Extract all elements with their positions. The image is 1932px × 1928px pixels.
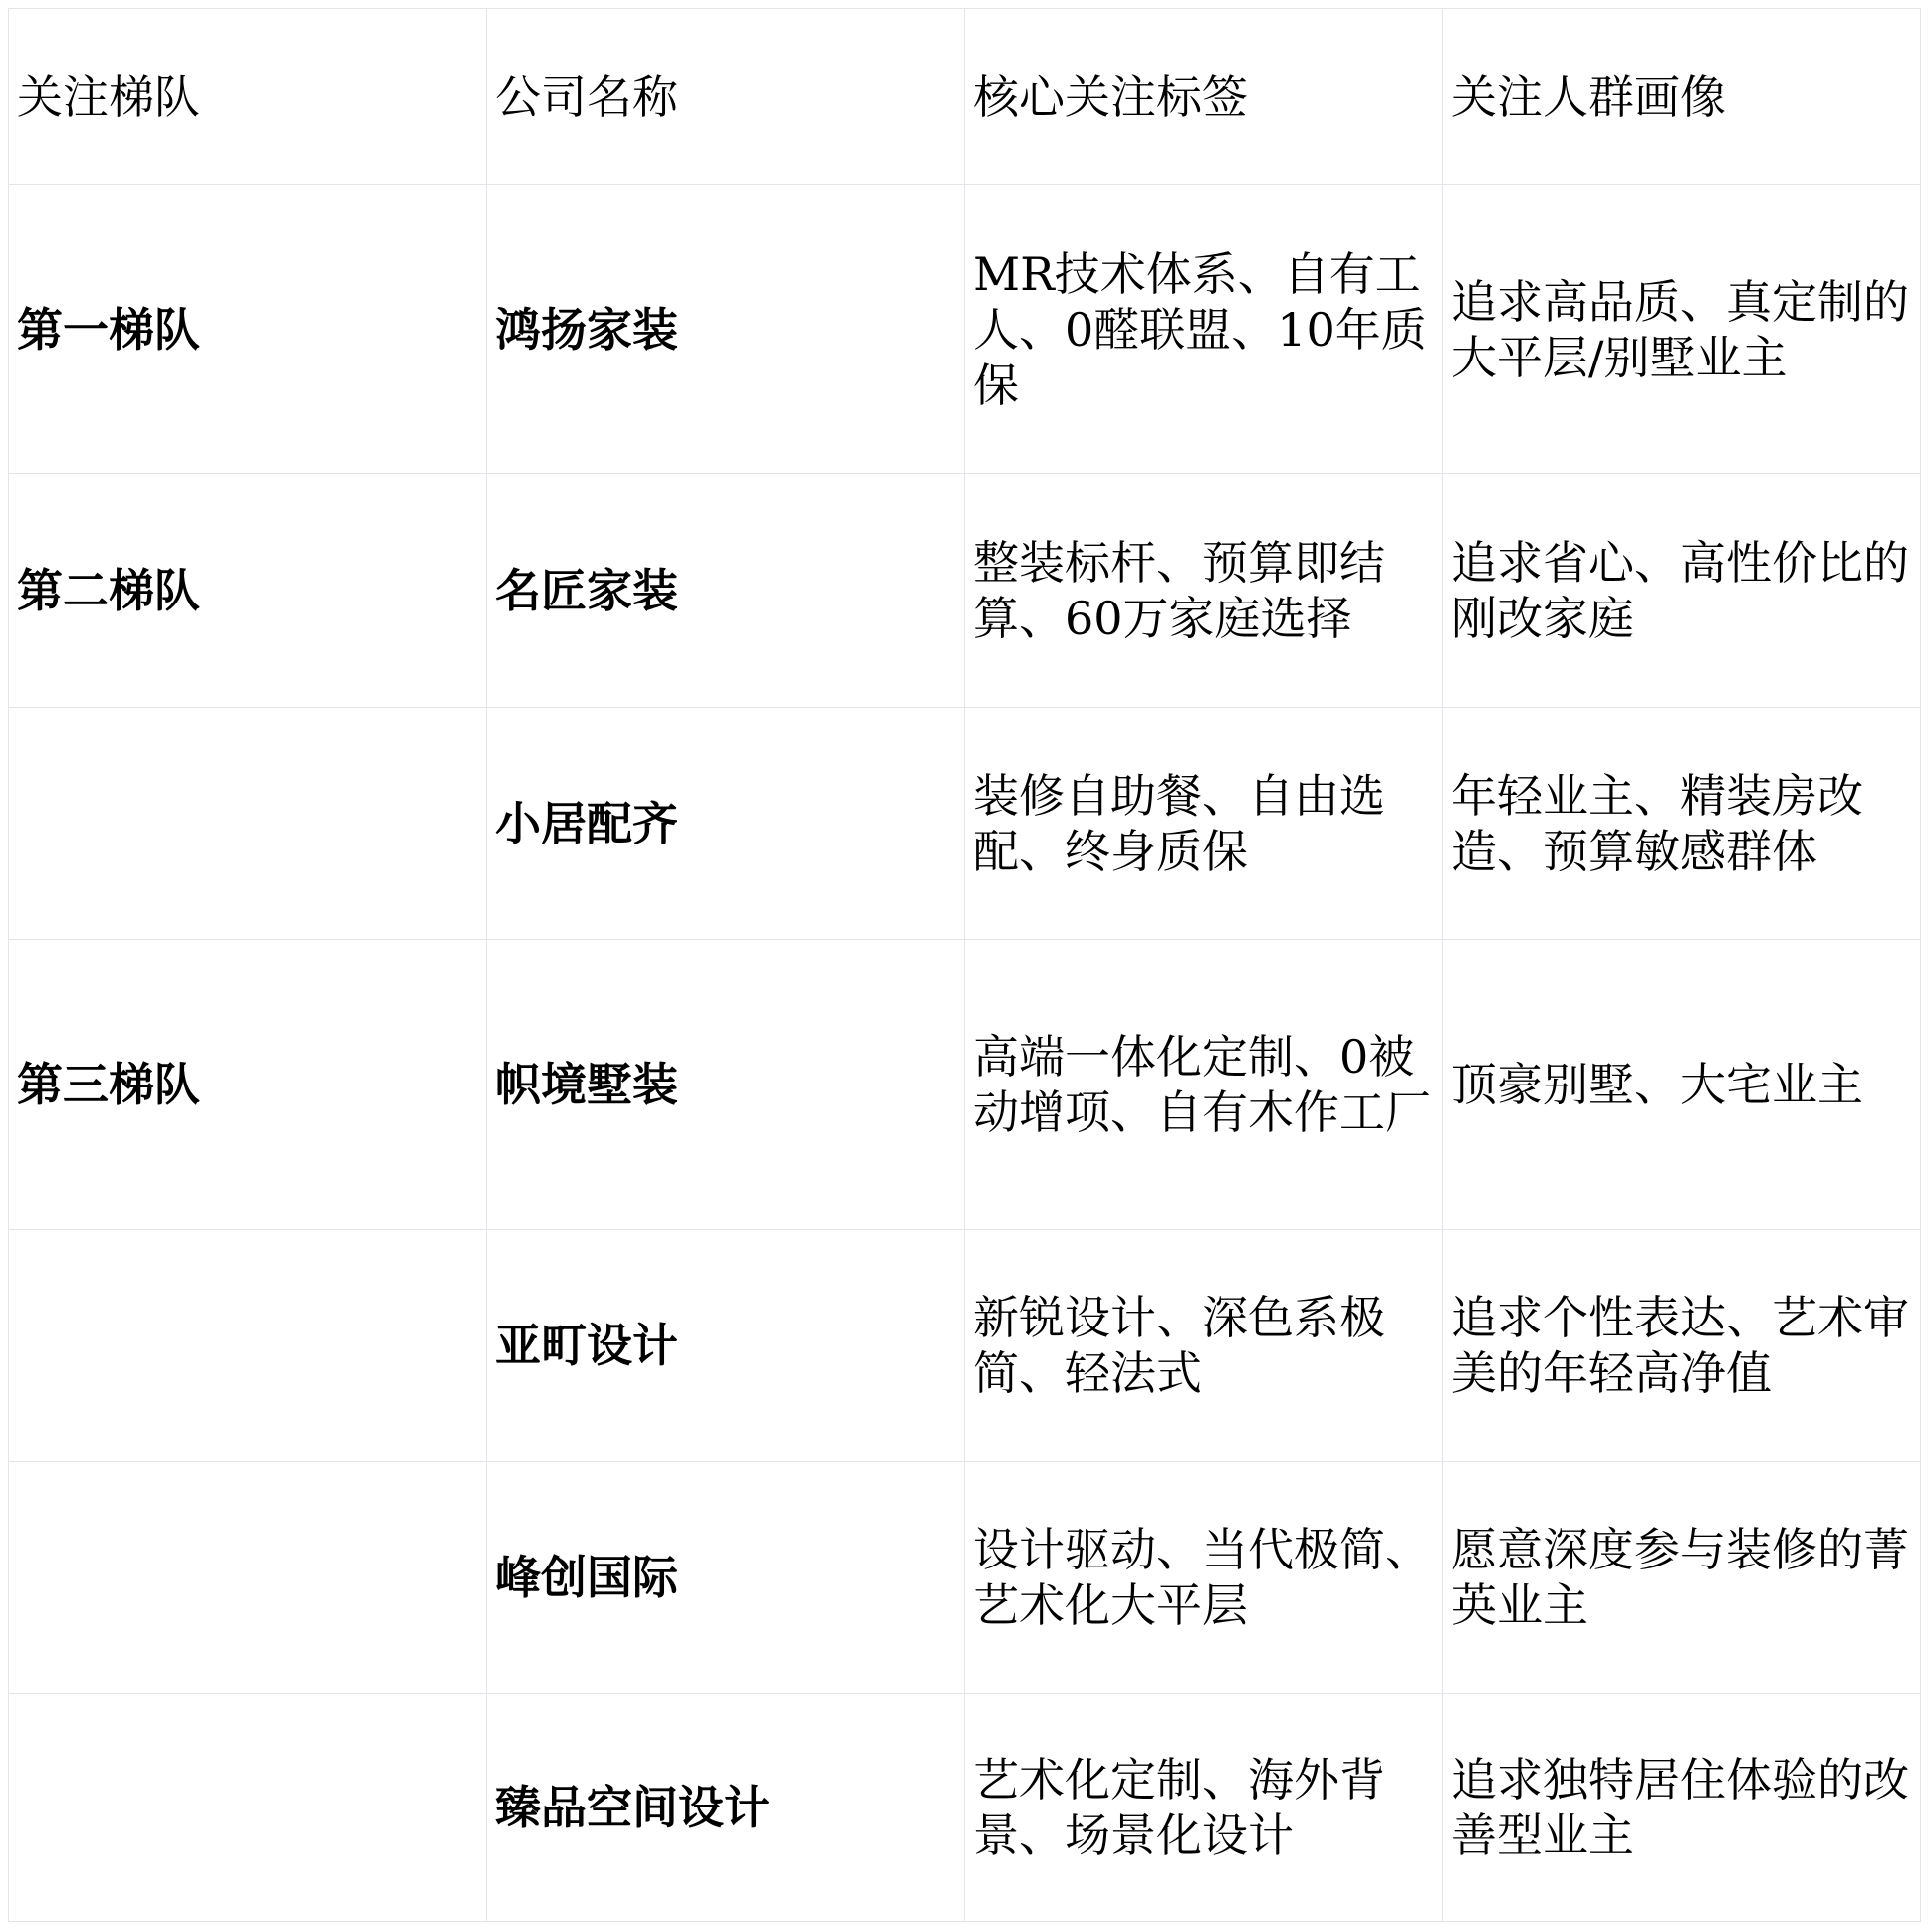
table-row: 小居配齐 装修自助餐、自由选配、终身质保 年轻业主、精装房改造、预算敏感群体 (9, 708, 1921, 940)
cell-tags: 装修自助餐、自由选配、终身质保 (965, 708, 1443, 940)
cell-audience: 追求高品质、真定制的大平层/别墅业主 (1443, 185, 1921, 474)
header-audience: 关注人群画像 (1443, 9, 1921, 185)
table-row: 亚町设计 新锐设计、深色系极简、轻法式 追求个性表达、艺术审美的年轻高净值 (9, 1230, 1921, 1462)
cell-tags: 整装标杆、预算即结算、60万家庭选择 (965, 474, 1443, 708)
cell-tier: 第一梯队 (9, 185, 487, 474)
cell-tags: MR技术体系、自有工人、0醛联盟、10年质保 (965, 185, 1443, 474)
cell-audience: 追求省心、高性价比的刚改家庭 (1443, 474, 1921, 708)
cell-audience: 愿意深度参与装修的菁英业主 (1443, 1462, 1921, 1694)
table-header-row: 关注梯队 公司名称 核心关注标签 关注人群画像 (9, 9, 1921, 185)
cell-audience: 顶豪别墅、大宅业主 (1443, 940, 1921, 1230)
table-row: 第一梯队 鸿扬家装 MR技术体系、自有工人、0醛联盟、10年质保 追求高品质、真… (9, 185, 1921, 474)
table-row: 第三梯队 帜境墅装 高端一体化定制、0被动增项、自有木作工厂 顶豪别墅、大宅业主 (9, 940, 1921, 1230)
cell-tier (9, 708, 487, 940)
header-tags: 核心关注标签 (965, 9, 1443, 185)
cell-tags: 设计驱动、当代极简、艺术化大平层 (965, 1462, 1443, 1694)
cell-company: 帜境墅装 (487, 940, 965, 1230)
cell-tags: 高端一体化定制、0被动增项、自有木作工厂 (965, 940, 1443, 1230)
cell-audience: 追求独特居住体验的改善型业主 (1443, 1694, 1921, 1922)
cell-tier: 第二梯队 (9, 474, 487, 708)
table-row: 第二梯队 名匠家装 整装标杆、预算即结算、60万家庭选择 追求省心、高性价比的刚… (9, 474, 1921, 708)
cell-company: 亚町设计 (487, 1230, 965, 1462)
cell-company: 小居配齐 (487, 708, 965, 940)
table-row: 峰创国际 设计驱动、当代极简、艺术化大平层 愿意深度参与装修的菁英业主 (9, 1462, 1921, 1694)
cell-tier (9, 1230, 487, 1462)
competitor-tier-table: 关注梯队 公司名称 核心关注标签 关注人群画像 第一梯队 鸿扬家装 MR技术体系… (8, 8, 1921, 1922)
cell-tier (9, 1462, 487, 1694)
cell-company: 臻品空间设计 (487, 1694, 965, 1922)
cell-audience: 追求个性表达、艺术审美的年轻高净值 (1443, 1230, 1921, 1462)
cell-tier: 第三梯队 (9, 940, 487, 1230)
cell-tags: 新锐设计、深色系极简、轻法式 (965, 1230, 1443, 1462)
cell-tier (9, 1694, 487, 1922)
header-tier: 关注梯队 (9, 9, 487, 185)
cell-audience: 年轻业主、精装房改造、预算敏感群体 (1443, 708, 1921, 940)
cell-company: 鸿扬家装 (487, 185, 965, 474)
header-company: 公司名称 (487, 9, 965, 185)
cell-company: 峰创国际 (487, 1462, 965, 1694)
table-row: 臻品空间设计 艺术化定制、海外背景、场景化设计 追求独特居住体验的改善型业主 (9, 1694, 1921, 1922)
cell-company: 名匠家装 (487, 474, 965, 708)
table-container: 关注梯队 公司名称 核心关注标签 关注人群画像 第一梯队 鸿扬家装 MR技术体系… (8, 8, 1921, 1922)
cell-tags: 艺术化定制、海外背景、场景化设计 (965, 1694, 1443, 1922)
